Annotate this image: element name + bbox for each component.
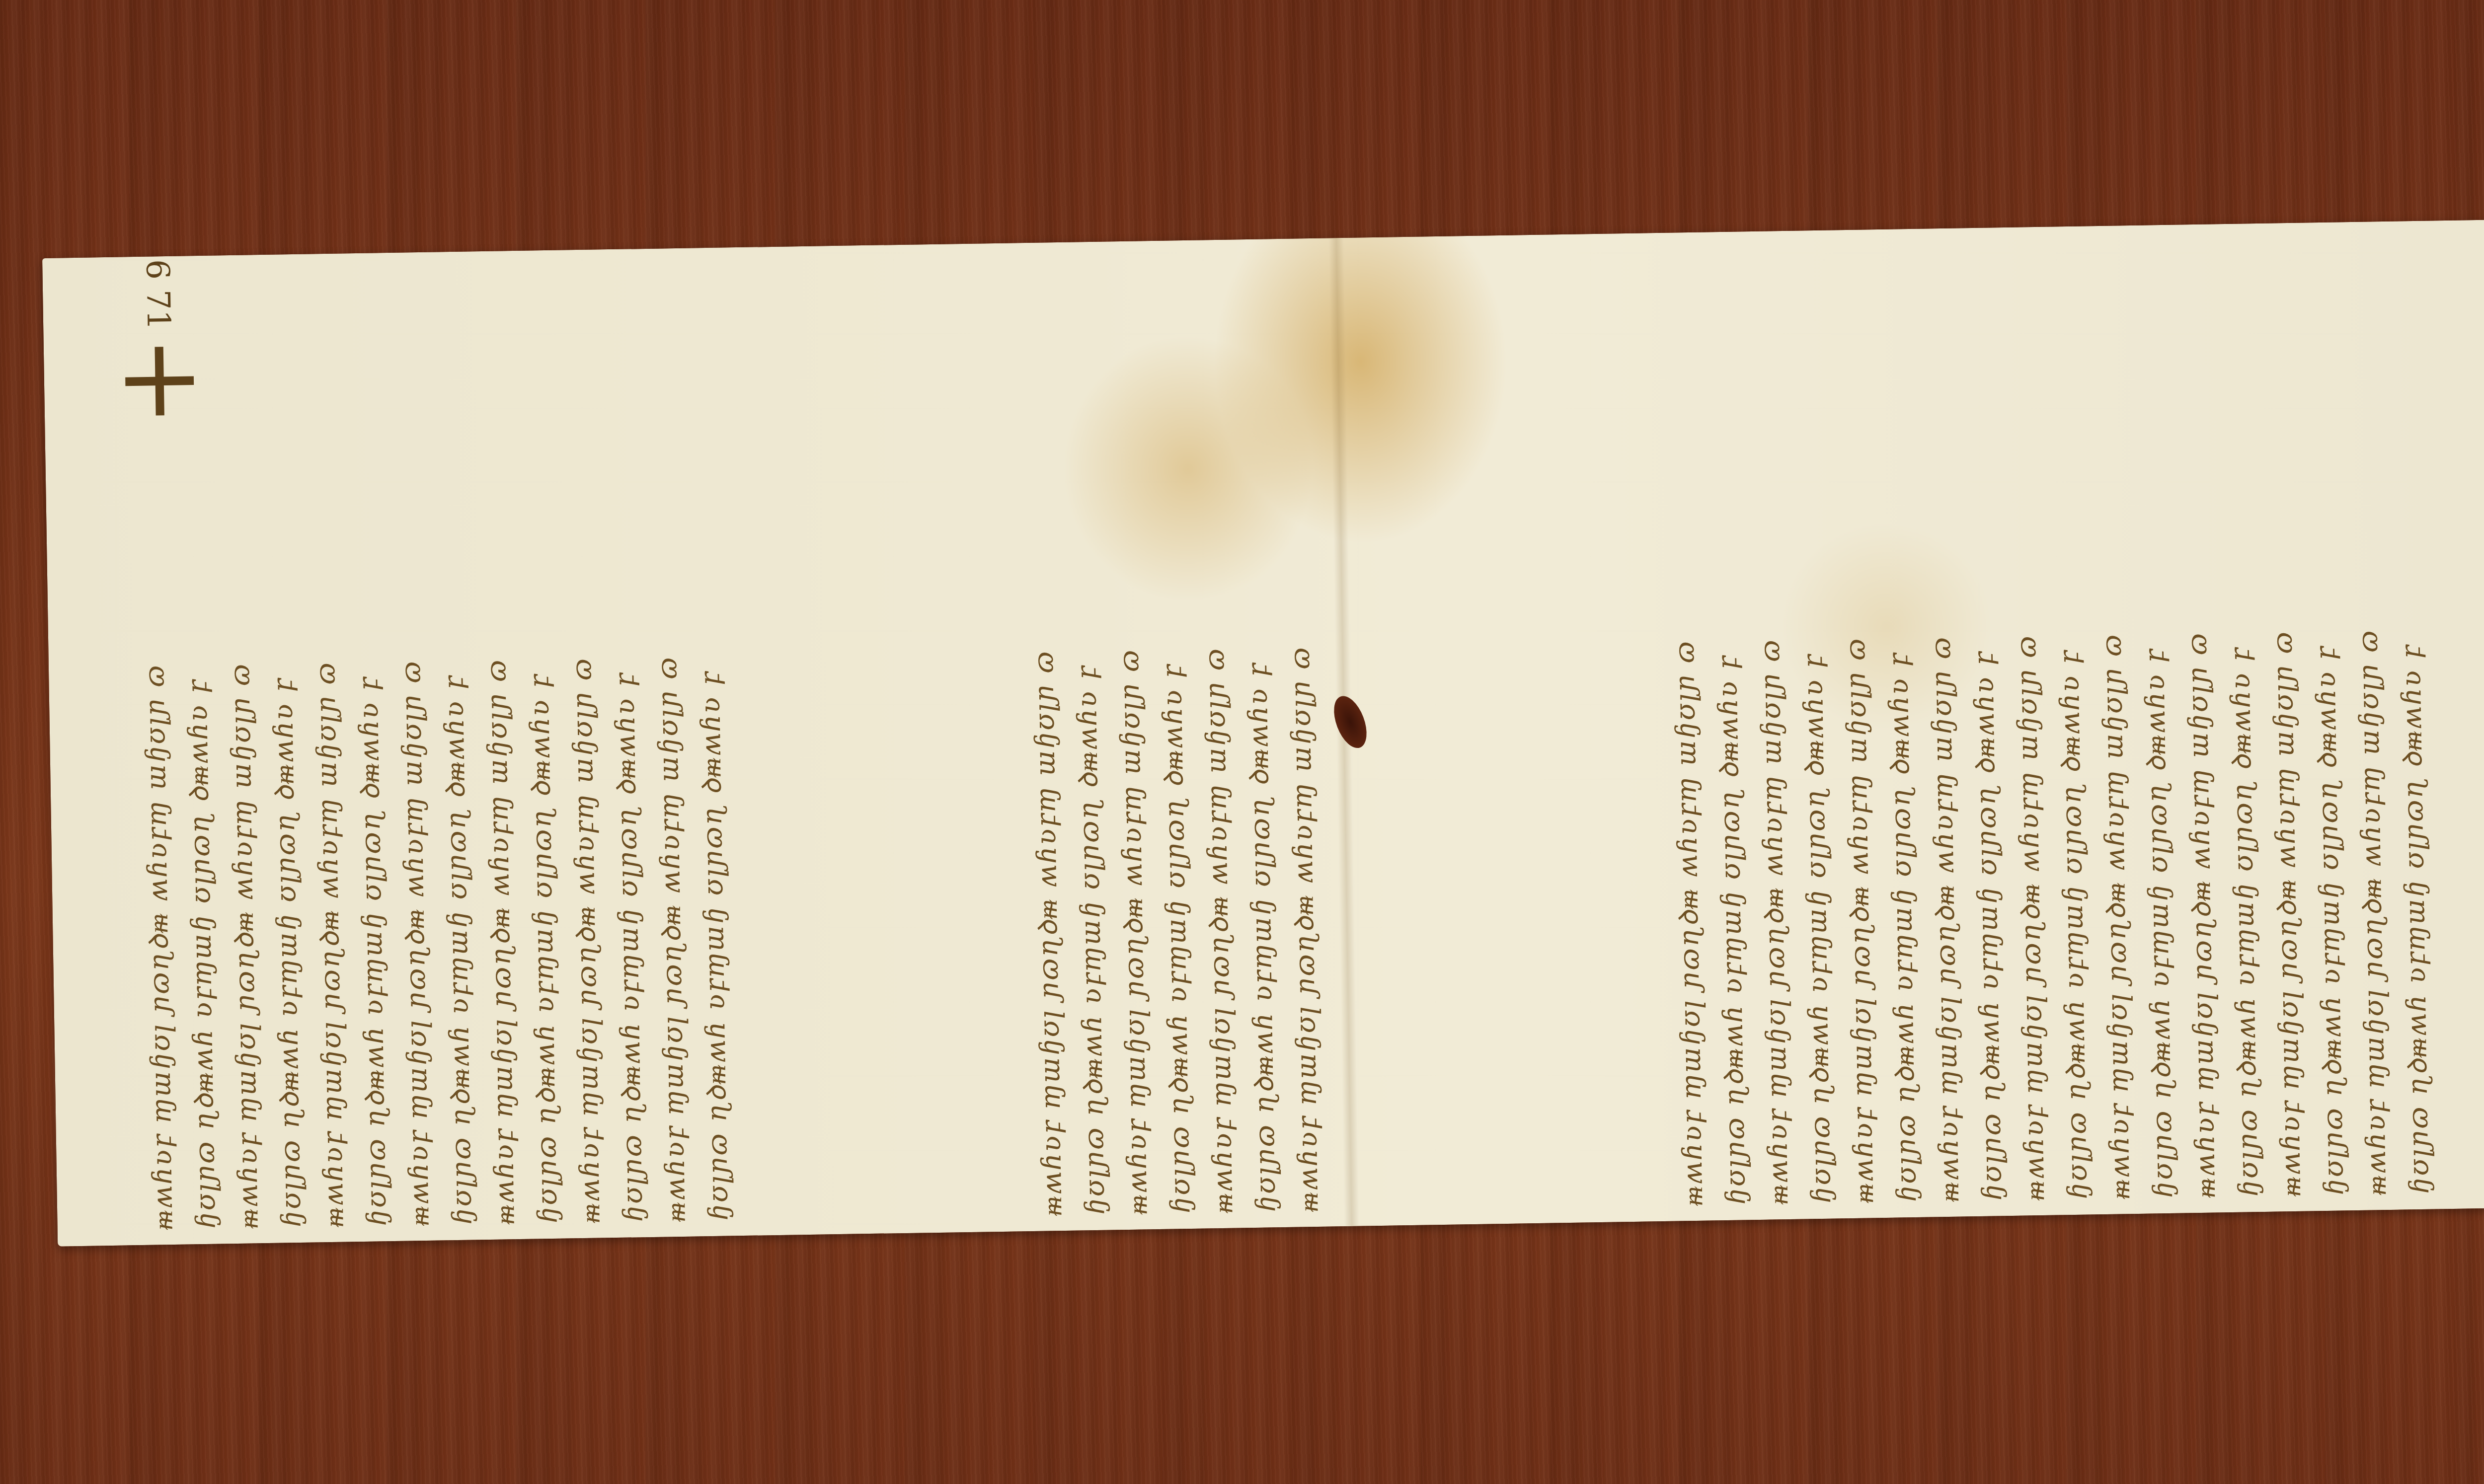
- manuscript-page: 6 71 + ᵯʍɦʋꝼ ɱɯɧʊꞁ ɲɷɳꝺᵯ ʍɦʋꝼɱ ɯɧʊꞁɲ ɷɧʊ…: [42, 218, 2484, 1247]
- text-column-middle: ᵯʍɦʋꝼ ɱɯɧʊꞁ ɲɷɳꝺᵯ ʍɦʋꝼɱ ɯɧʊꞁɲ ɷɧʊꞁɲɷ ɳꝺᵯ…: [1016, 267, 1379, 1216]
- text-column-left: ᵯʍɦʋꝼ ɱɯɧʊꞁ ɲɷɳꝺᵯ ʍɦʋꝼɱ ɯɧʊꞁɲ ɷɧʊꞁɲɷ ɳꝺᵯ…: [127, 275, 887, 1230]
- text-column-right: ᵯʍɦʋꝼ ɱɯɧʊꞁ ɲɷɳꝺᵯ ʍɦʋꝼɱ ɯɧʊꞁɲ ɷɧʊꞁɲɷ ɳꝺᵯ…: [1657, 248, 2484, 1206]
